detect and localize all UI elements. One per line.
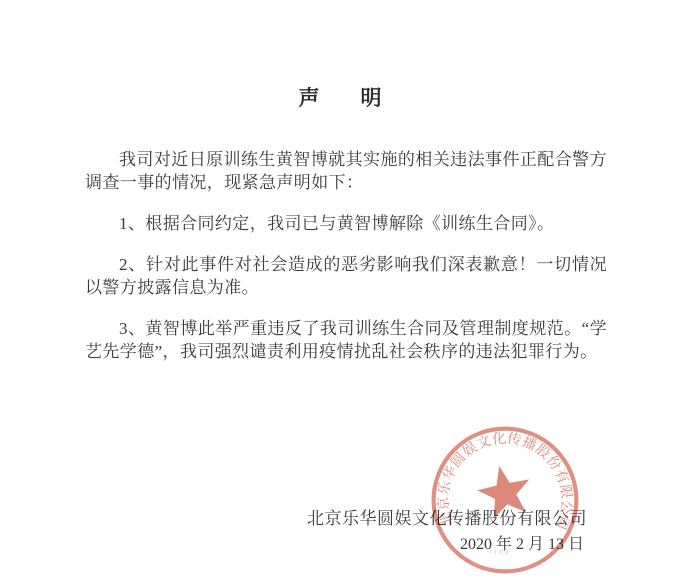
statement-document: 声 明 我司对近日原训练生黄智博就其实施的相关违法事件正配合警方调查一事的情况，… xyxy=(0,0,690,579)
paragraph-intro: 我司对近日原训练生黄智博就其实施的相关违法事件正配合警方调查一事的情况，现紧急声… xyxy=(85,148,607,194)
document-body: 我司对近日原训练生黄智博就其实施的相关违法事件正配合警方调查一事的情况，现紧急声… xyxy=(85,148,607,381)
paragraph-item-3: 3、黄智博此举严重违反了我司训练生合同及管理制度规范。“学艺先学德”，我司强烈谴… xyxy=(85,317,607,363)
company-name: 北京乐华圆娱文化传播股份有限公司 xyxy=(0,508,690,530)
signature-block: 北京乐华圆娱文化传播股份有限公司 2020 年 2 月 13 日 xyxy=(0,508,690,556)
paragraph-item-1: 1、根据合同约定，我司已与黄智博解除《训练生合同》。 xyxy=(85,212,607,235)
paragraph-item-2: 2、针对此事件对社会造成的恶劣影响我们深表歉意！一切情况以警方披露信息为准。 xyxy=(85,253,607,299)
statement-date: 2020 年 2 月 13 日 xyxy=(0,534,690,556)
document-title: 声 明 xyxy=(0,0,690,112)
